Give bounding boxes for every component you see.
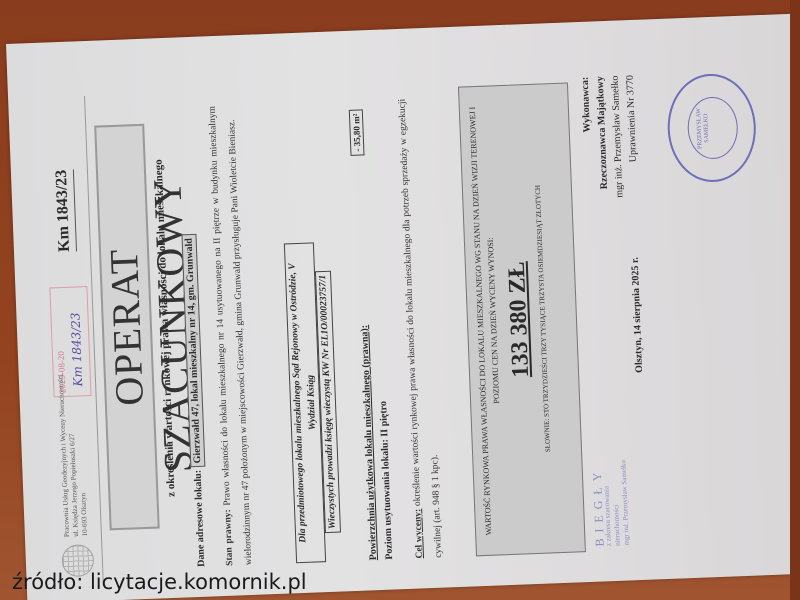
table-edge (790, 0, 800, 600)
valuation-purpose: Cel wyceny: określenie wartości rynkowej… (393, 98, 449, 559)
document-paper: Pracownia Usług Geodezyjnych i Wyceny Ni… (6, 14, 800, 600)
handwritten-note: Km 1843/23 (68, 312, 85, 386)
expert-stamp: BIEGŁY z zakresu szacowania nieruchomośc… (592, 460, 631, 547)
rotated-page: Pracownia Usług Geodezyjnych i Wyceny Ni… (38, 70, 776, 587)
land-registry-box: Dla przedmiotowego lokalu mieszkalnego S… (284, 242, 342, 564)
case-number: Km 1843/23 (53, 169, 77, 252)
office-header: Pracownia Usług Geodezyjnych i Wyceny Ni… (57, 373, 90, 537)
legal-status: Stan prawny: Prawo własności do lokalu m… (204, 105, 260, 566)
official-seal-icon: PRZEMYSŁAW SAMEŁKO (666, 72, 758, 183)
page-title: OPERAT SZACUNKOWY (94, 124, 160, 531)
address-row: Dane adresowe lokalu: Gierzwałd 47, loka… (183, 234, 207, 567)
area-label: Powierzchnia użytkowa lokalu mieszkalneg… (359, 325, 379, 561)
level-label: Poziom usytuowania lokalu: II piętro (378, 401, 395, 560)
value-box: WARTOŚĆ RYNKOWA PRAWA WŁASNOŚCI DO LOKAL… (458, 82, 586, 556)
source-watermark: źródło: licytacje.komornik.pl (12, 570, 307, 594)
area-value: - 35,80 m² (349, 109, 365, 155)
place-date: Olsztyn, 14 sierpnia 2025 r. (626, 165, 649, 465)
